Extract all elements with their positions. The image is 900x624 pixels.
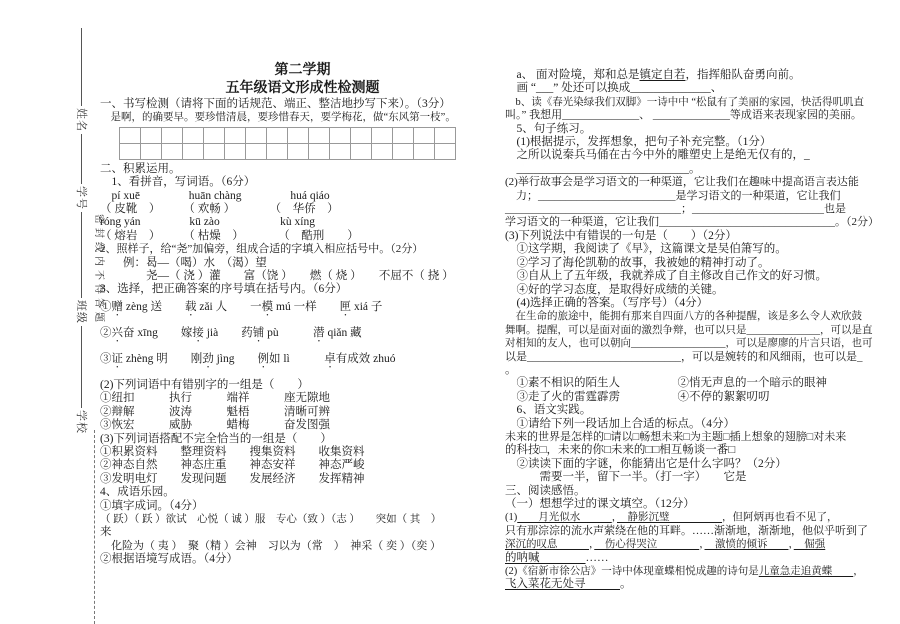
text-segment: (2)举行故事会是学习语文的一种渠道，它让我们在趣味中提高语言表达能: [505, 176, 859, 188]
text-line: 尧—（ 浇 ）灌 富（饶 ） 燃（ 烧 ） 不屈不（ 挠 ）: [100, 270, 505, 283]
text-segment: ②读读下面的字谜，你能猜出它是什么字吗？（2分）: [505, 458, 787, 470]
text-segment: 力；_________________________是学习语文的一种渠道，它让…: [505, 190, 841, 202]
writing-grid-cell: [140, 143, 162, 160]
text-line: (1)根据提示，发挥想象，把句子补充完整。（1分）: [505, 136, 899, 149]
text-segment: 如 lì: [269, 353, 324, 365]
writing-grid-cell: [350, 143, 372, 160]
text-segment: ①积累资料 整理资料 搜集资料 收集资料: [100, 446, 365, 458]
text-line: ①请给下列一段话加上合适的标点。（4分）: [505, 418, 899, 431]
text-segment: 1、看拼音，写词语。（6分）: [100, 176, 255, 188]
dotted-char: 载: [185, 301, 197, 313]
text-line: ②兴奋 xīng 嫁接 jià 药铺 pù 潜 qiǎn 藏: [100, 327, 505, 345]
text-segment: 2、照样子，给“尧”加偏旁，组成合适的字填入相应括号中。（2分）: [100, 243, 423, 255]
underlined-answer: 倔强: [794, 539, 826, 550]
text-segment: jià 药: [204, 327, 253, 339]
writing-grid-cell: [224, 143, 246, 160]
exam-term: 第二学期: [100, 62, 505, 80]
text-segment: 一、书写检测（请将下面的话规范、端正、整洁地抄写下来）。（3分）: [100, 98, 451, 110]
text-segment: 有成效 zhuó: [336, 353, 396, 365]
text-segment: 三、阅读感悟。: [505, 485, 586, 497]
right-column: a、 面对险境，郑和总是镇定自若，指挥船队奋勇向前。 画 “___” 处还可以换…: [505, 62, 899, 592]
dotted-char: 证: [112, 353, 124, 365]
text-segment: 3、选择，把正确答案的序号填在括号内。（6分）: [100, 283, 347, 295]
text-segment: pù: [264, 327, 313, 339]
left-column: 第二学期 五年级语文形成性检测题 一、书写检测（请将下面的话规范、端正、整洁地抄…: [100, 62, 505, 567]
writing-grid-cell: [392, 143, 414, 160]
text-line: （ 熔岩 ） （ 枯燥 ） （ 酷刑 ）: [100, 230, 505, 243]
writing-grid-cell: [434, 127, 456, 144]
text-segment: (1)根据提示，发挥想象，把句子补充完整。（1分）: [505, 136, 771, 148]
text-segment: 舞啊。提醒，可以是面对面的激烈争辩，也可以只是______________，可以…: [505, 325, 873, 336]
text-segment: （ 跃）（ 跃 ）欲试 心悦（ 诚 ）服 专心（致 ）（志 ） 突如（ 其 ）: [100, 514, 441, 525]
text-line: 6、语文实践。: [505, 404, 899, 417]
text-segment: （ 皮靴 ） （ 欢畅 ） （ 华侨 ）: [100, 203, 339, 215]
text-line: a、 面对险境，郑和总是镇定自若，指挥船队奋勇向前。: [505, 69, 899, 82]
text-segment: 学习语文的一种渠道，它让我们__________________________…: [505, 216, 879, 228]
text-segment: ③发明电灯 发现问题 发展经济 发挥精神: [100, 473, 365, 485]
text-segment: （一）想想学过的课文填空。（12分）: [505, 498, 695, 510]
text-line: ④好的学习态度，是取得好成绩的关键。: [505, 284, 899, 297]
text-line: 学习语文的一种渠道，它让我们__________________________…: [505, 216, 899, 229]
text-line: 以是____________________________，可以是婉转的和风细…: [505, 351, 899, 364]
text-line: 力；_________________________是学习语文的一种渠道，它让…: [505, 190, 899, 203]
writing-grid-cell: [329, 127, 351, 144]
text-segment: ③自从上了五年级，我就养成了自主修改自己作文的好习惯。: [505, 270, 827, 282]
text-line: （ 皮靴 ） （ 欢畅 ） （ 华侨 ）: [100, 203, 505, 216]
writing-grid-cell: [413, 143, 435, 160]
text-line: 二、积累运用。: [100, 163, 505, 176]
seal-field-label: 姓名: [74, 106, 90, 134]
writing-grid-cell: [329, 143, 351, 160]
writing-grid-cell: [371, 127, 393, 144]
text-line: 来: [100, 526, 505, 539]
text-segment: 5、句子练习。: [505, 123, 591, 135]
writing-grid-cell: [245, 143, 267, 160]
writing-grid-cell: [203, 127, 225, 144]
text-segment: ②神态自然 神态庄重 神态安祥 神态严峻: [100, 459, 365, 471]
writing-grid-cell: [392, 127, 414, 144]
text-segment: 画 “___” 处还可以换成______________、: [505, 82, 722, 94]
text-segment: ③走了火的雷霆霹雳 ④不停的絮絮叨叨: [505, 391, 770, 403]
writing-grid-cell: [161, 127, 183, 144]
underlined-answer: 儿童急走追黄蝶: [759, 566, 854, 577]
text-line: ①素不相识的陌生人 ②悄无声息的一个暗示的眼神: [505, 377, 899, 390]
text-line: 飞入菜花无处寻 。: [505, 578, 899, 591]
underlined-answer: 月光似水: [517, 512, 612, 523]
text-segment: ，但阿炳再也看不见了，: [722, 512, 838, 523]
writing-grid-cell: [308, 143, 330, 160]
text-segment: 。: [620, 578, 632, 590]
writing-grid-cell: [371, 143, 393, 160]
text-segment: 化险为（ 夷 ） 聚（精 ）会神 习以为（常 ） 神采（ 奕 ）（奕 ）: [100, 540, 441, 552]
text-segment: a、 面对险境，郑和总是: [505, 69, 639, 81]
text-line: 例：曷—（喝）水 （渴）望: [100, 257, 505, 270]
text-line: ________________________________；_______…: [505, 203, 899, 216]
text-segment: 的科技□，未来的你□未来的□□相互畅谈一番□: [505, 444, 735, 456]
text-line: ②根据语境写成语。（4分）: [100, 553, 505, 566]
dotted-char: 卓: [324, 353, 336, 365]
text-segment: 尧—（ 浇 ）灌 富（饶 ） 燃（ 烧 ） 不屈不（ 挠 ）: [100, 270, 454, 282]
text-line: ②辩解 波涛 魁梧 清晰可辨: [100, 406, 505, 419]
seal-blank-line: [81, 28, 83, 106]
text-line: 是啊，的确要早。要珍惜清晨，要珍惜春天，要学梅花，做“东风第一枝”。: [100, 111, 505, 124]
text-line: ②学习了海伦凯勒的故事，我被她的精神打动了。: [505, 257, 899, 270]
text-line: 只有那淙淙的流水声萦绕在他的耳畔。……渐渐地，渐渐地，他似乎听到了: [505, 525, 899, 538]
writing-grid: [120, 128, 505, 160]
writing-grid-cell: [287, 143, 309, 160]
text-segment: ②辩解 波涛 魁梧 清晰可辨: [100, 406, 330, 418]
text-segment: ________________________________；_______…: [505, 203, 846, 215]
seal-blank-line: [81, 212, 83, 298]
underlined-answer: 的呐喊: [505, 552, 586, 564]
text-segment: 叫。” 我想用______________、 ______________等成语…: [505, 109, 862, 121]
text-line: ③证 zhèng 明 刚劲 jìng 例如 lì 卓有成效 zhuó: [100, 353, 505, 371]
seal-field-label: 学号: [74, 184, 90, 212]
underlined-answer: 激愤的倾诉: [705, 539, 789, 550]
text-segment: 只有那淙淙的流水声萦绕在他的耳畔。……渐渐地，渐渐地，他似乎听到了: [505, 525, 868, 537]
text-line: （一）想想学过的课文填空。（12分）: [505, 498, 899, 511]
text-segment: 未来的世界是怎样的□请以□畅想未来□为主题□插上想象的翅膀□对未来: [505, 431, 846, 443]
text-line: 三、阅读感悟。: [505, 485, 899, 498]
underlined-answer: 飞入菜花无处寻: [505, 578, 620, 590]
text-line: 1、看拼音，写词语。（6分）: [100, 176, 505, 189]
text-line: b、读《春光染绿我们双脚》一诗中中 “松鼠有了美丽的家园，快活得叽叽直: [505, 96, 899, 109]
text-segment: jìng: [214, 353, 258, 365]
text-line: 。: [505, 364, 899, 377]
text-segment: ，: [853, 566, 864, 577]
writing-grid-cell: [287, 127, 309, 144]
text-line: 3、选择，把正确答案的序号填在括号内。（6分）: [100, 283, 505, 296]
text-line: ③自从上了五年级，我就养成了自主修改自己作文的好习惯。: [505, 270, 899, 283]
writing-grid-cell: [308, 127, 330, 144]
text-line: （ 跃）（ 跃 ）欲试 心悦（ 诚 ）服 专心（致 ）（志 ） 突如（ 其 ）: [100, 513, 505, 526]
text-segment: ……: [586, 552, 609, 564]
seal-blank-line: [81, 134, 83, 184]
writing-grid-cell: [350, 127, 372, 144]
dotted-char: 潜: [313, 327, 325, 339]
writing-grid-cell: [266, 127, 288, 144]
dotted-char: 模: [262, 301, 274, 313]
text-segment: 例：曷—（喝）水 （渴）望: [100, 257, 267, 269]
text-line: (2)下列词语中有错别字的一组是（ ）: [100, 379, 505, 392]
underlined-answer: 镇定自若: [639, 69, 685, 81]
text-segment: ，指挥船队奋勇向前。: [685, 69, 800, 81]
seal-margin-fields: 姓名学号班级学校: [74, 28, 90, 442]
text-line: (2)举行故事会是学习语文的一种渠道，它让我们在趣味中提高语言表达能: [505, 176, 899, 189]
text-segment: 之所以说秦兵马俑在古今中外的雕塑史上是绝无仅有的，_: [505, 149, 810, 161]
text-segment: 对相知的友人，也可以朝向__________________，可以是廖廖的片言只…: [505, 338, 873, 349]
dotted-char: 匣: [340, 301, 352, 313]
exam-title: 五年级语文形成性检测题: [100, 80, 505, 98]
writing-grid-cell: [161, 143, 183, 160]
text-segment: (3)下列说法中有错误的一句是（ ）（2分）: [505, 230, 737, 242]
text-line: 之所以说秦兵马俑在古今中外的雕塑史上是绝无仅有的，_: [505, 149, 899, 162]
seal-dashed-line: [94, 430, 95, 624]
text-line: pí xuē huān chàng huá qiáo: [100, 190, 505, 203]
text-segment: (3)下列词语搭配不完全恰当的一组是（ ）: [100, 433, 332, 445]
text-segment: （ 熔岩 ） （ 枯燥 ） （ 酷刑 ）: [100, 230, 359, 242]
text-line: ③走了火的雷霆霹雳 ④不停的絮絮叨叨: [505, 391, 899, 404]
text-segment: qiǎn 藏: [325, 327, 362, 339]
exam-paper-page: 姓名学号班级学校 密封线内不得答题 第二学期 五年级语文形成性检测题 一、书写检…: [0, 0, 900, 624]
text-segment: (2)下列词语中有错别字的一组是（ ）: [100, 379, 309, 391]
text-segment: xiá 子: [351, 301, 382, 313]
text-segment: 需要一半，留下一半。（打一字） 它是: [505, 471, 747, 483]
writing-grid-cell: [119, 143, 141, 160]
text-line: (1) 月光似水 ， 静影沉璧 ，但阿炳再也看不见了，: [505, 511, 899, 524]
text-segment: ①纽扣 执行 端祥 座无隙地: [100, 392, 330, 404]
text-segment: ______________________________。: [505, 163, 701, 175]
text-segment: ①填字成词。（4分）: [100, 500, 204, 512]
text-line: 叫。” 我想用______________、 ______________等成语…: [505, 109, 899, 122]
text-segment: ③恢宏 威胁 蜡梅 奋发图强: [100, 419, 330, 431]
underlined-answer: 静影沉璧: [617, 512, 722, 523]
text-segment: ①: [100, 301, 112, 313]
text-line: 的呐喊 ……: [505, 552, 899, 565]
dotted-char: 兴: [112, 327, 124, 339]
writing-grid-cell: [224, 127, 246, 144]
text-segment: pí xuē huān chàng huá qiáo: [100, 190, 330, 202]
text-segment: róng yán kū zào kù xíng: [100, 216, 315, 228]
text-segment: (2)《宿新市徐公店》一诗中体现童蝶相悦成趣的诗句是: [505, 566, 759, 577]
text-segment: ④好的学习态度，是取得好成绩的关键。: [505, 284, 724, 296]
writing-grid-cell: [245, 127, 267, 144]
text-line: ①积累资料 整理资料 搜集资料 收集资料: [100, 446, 505, 459]
underlined-answer: 伤心得哭泣: [594, 539, 699, 550]
text-line: ②读读下面的字谜，你能猜出它是什么字吗？（2分）: [505, 458, 899, 471]
text-segment: ①这学期，我阅读了《早》，这篇课文是吴伯箫写的。: [505, 243, 787, 255]
text-segment: 奋 xīng 嫁: [123, 327, 192, 339]
writing-grid-cell: [119, 127, 141, 144]
writing-grid-cell: [140, 127, 162, 144]
dotted-char: 接: [192, 327, 204, 339]
text-line: ③发明电灯 发现问题 发展经济 发挥精神: [100, 473, 505, 486]
text-line: 对相知的友人，也可以朝向__________________，可以是廖廖的片言只…: [505, 337, 899, 350]
writing-grid-cell: [182, 127, 204, 144]
text-line: (4)选择正确的答案。（写序号）（4分）: [505, 297, 899, 310]
text-line: 一、书写检测（请将下面的话规范、端正、整洁地抄写下来）。（3分）: [100, 98, 505, 111]
text-line: (3)下列词语搭配不完全恰当的一组是（ ）: [100, 433, 505, 446]
text-segment: (4)选择正确的答案。（写序号）（4分）: [505, 297, 708, 309]
dotted-char: 赠: [112, 301, 124, 313]
text-line: róng yán kū zào kù xíng: [100, 216, 505, 229]
text-segment: ②学习了海伦凯勒的故事，我被她的精神打动了。: [505, 257, 770, 269]
dotted-char: 铺: [253, 327, 265, 339]
text-segment: 。: [505, 364, 517, 376]
text-line: 需要一半，留下一半。（打一字） 它是: [505, 471, 899, 484]
text-segment: 4、成语乐园。: [100, 486, 175, 498]
text-line: 4、成语乐园。: [100, 486, 505, 499]
text-segment: 二、积累运用。: [100, 163, 181, 175]
writing-grid-cell: [413, 127, 435, 144]
text-line: (3)下列说法中有错误的一句是（ ）（2分）: [505, 230, 899, 243]
text-line: ①纽扣 执行 端祥 座无隙地: [100, 392, 505, 405]
text-segment: ①素不相识的陌生人 ②悄无声息的一个暗示的眼神: [505, 377, 827, 389]
text-line: 在生命的旅途中，能拥有那来自四面八方的各种提醒，该是多么令人欢欣鼓: [505, 310, 899, 323]
text-line: 5、句子练习。: [505, 123, 899, 136]
text-segment: 在生命的旅途中，能拥有那来自四面八方的各种提醒，该是多么令人欢欣鼓: [505, 311, 862, 322]
text-segment: b、读《春光染绿我们双脚》一诗中中 “松鼠有了美丽的家园，快活得叽叽直: [505, 97, 864, 108]
dotted-char: 劲: [202, 353, 214, 365]
text-segment: ②根据语境写成语。（4分）: [100, 553, 238, 565]
text-line: 画 “___” 处还可以换成______________、: [505, 82, 899, 95]
text-segment: ②: [100, 327, 112, 339]
writing-grid-cell: [266, 143, 288, 160]
text-line: ______________________________。: [505, 163, 899, 176]
text-line: 2、照样子，给“尧”加偏旁，组成合适的字填入相应括号中。（2分）: [100, 243, 505, 256]
text-segment: 来: [100, 526, 112, 538]
dotted-char: 例: [257, 353, 269, 365]
text-segment: (1): [505, 512, 517, 523]
text-segment: 以是____________________________，可以是婉转的和风细…: [505, 351, 863, 363]
text-line: (2)《宿新市徐公店》一诗中体现童蝶相悦成趣的诗句是儿童急走追黄蝶 ，: [505, 565, 899, 578]
text-line: ①填字成词。（4分）: [100, 500, 505, 513]
text-line: 未来的世界是怎样的□请以□畅想未来□为主题□插上想象的翅膀□对未来: [505, 431, 899, 444]
text-segment: 是啊，的确要早。要珍惜清晨，要珍惜春天，要学梅花，做“东风第一枝”。: [100, 112, 456, 123]
seal-field-label: 学校: [74, 408, 90, 436]
writing-grid-cell: [434, 143, 456, 160]
text-line: ②神态自然 神态庄重 神态安祥 神态严峻: [100, 459, 505, 472]
text-segment: ③: [100, 353, 112, 365]
text-segment: mú 一样: [273, 301, 339, 313]
text-segment: zǎi 人 一: [196, 301, 261, 313]
writing-grid-cell: [182, 143, 204, 160]
left-column-lines: 一、书写检测（请将下面的话规范、端正、整洁地抄写下来）。（3分） 是啊，的确要早…: [100, 98, 505, 567]
seal-blank-line: [81, 326, 83, 408]
underlined-answer: 深沉的叹息: [505, 539, 589, 550]
text-line: 深沉的叹息 ， 伤心得哭泣 ， 激愤的倾诉 ， 倔强: [505, 538, 899, 551]
text-segment: zhèng 明 刚: [123, 353, 202, 365]
writing-grid-cell: [203, 143, 225, 160]
text-segment: zèng 送: [123, 301, 185, 313]
right-column-lines: a、 面对险境，郑和总是镇定自若，指挥船队奋勇向前。 画 “___” 处还可以换…: [505, 69, 899, 592]
seal-field-label: 班级: [74, 298, 90, 326]
text-line: ①赠 zèng 送 载 zǎi 人 一模 mú 一样 匣 xiá 子: [100, 301, 505, 319]
text-line: 舞啊。提醒，可以是面对面的激烈争辩，也可以只是______________，可以…: [505, 324, 899, 337]
text-line: ③恢宏 威胁 蜡梅 奋发图强: [100, 419, 505, 432]
text-line: 的科技□，未来的你□未来的□□相互畅谈一番□: [505, 444, 899, 457]
text-segment: 6、语文实践。: [505, 404, 591, 416]
text-line: ①这学期，我阅读了《早》，这篇课文是吴伯箫写的。: [505, 243, 899, 256]
text-line: 化险为（ 夷 ） 聚（精 ）会神 习以为（常 ） 神采（ 奕 ）（奕 ）: [100, 540, 505, 553]
text-segment: ①请给下列一段话加上合适的标点。（4分）: [505, 418, 735, 430]
